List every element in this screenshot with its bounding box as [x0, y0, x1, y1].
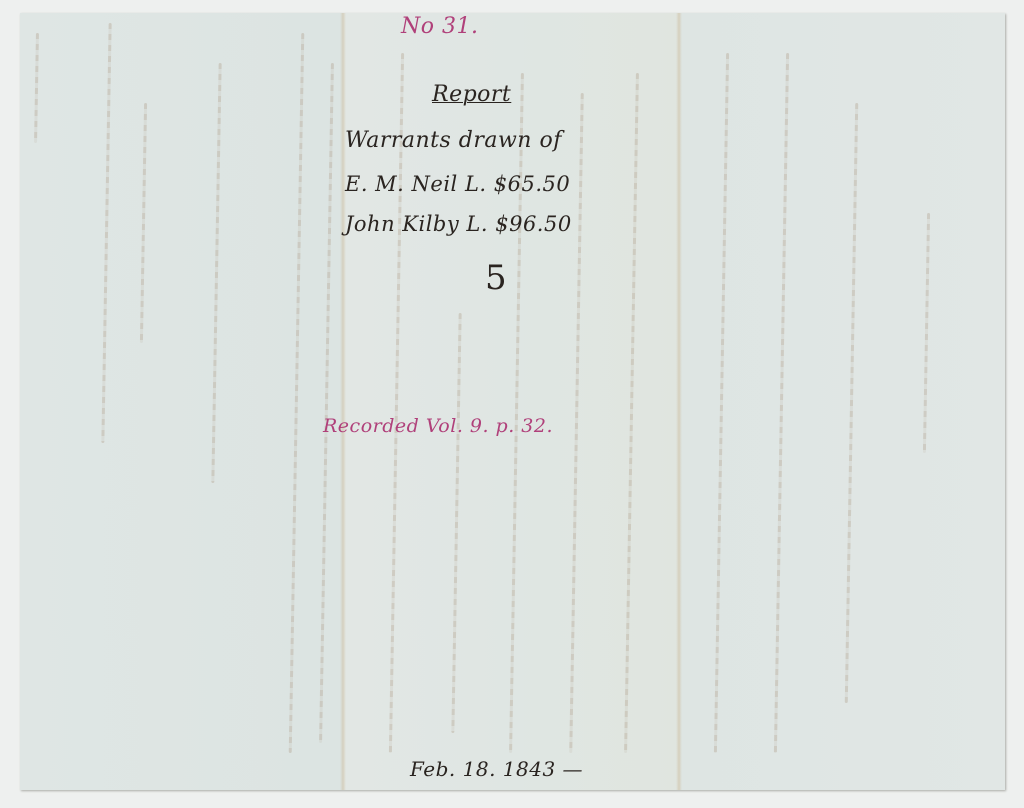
entry-name: John Kilby [345, 212, 459, 236]
document-subject: Warrants drawn of [345, 128, 562, 153]
document-heading: Report [432, 82, 511, 107]
entry-amount: $65.50 [494, 172, 570, 196]
tally-mark: 5 [485, 258, 507, 298]
document-number: No 31. [401, 14, 478, 39]
entry-name: E. M. Neil [345, 172, 458, 196]
document-date: Feb. 18. 1843 — [410, 757, 583, 781]
entry-row: John Kilby L. $96.50 [345, 212, 572, 236]
entry-amount: $96.50 [495, 212, 571, 236]
entry-suffix: L. [466, 212, 488, 236]
entry-suffix: L. [465, 172, 487, 196]
fold-line-right [676, 13, 682, 790]
entry-row: E. M. Neil L. $65.50 [345, 172, 570, 196]
recorded-note: Recorded Vol. 9. p. 32. [323, 415, 553, 437]
right-panel [680, 13, 1005, 790]
